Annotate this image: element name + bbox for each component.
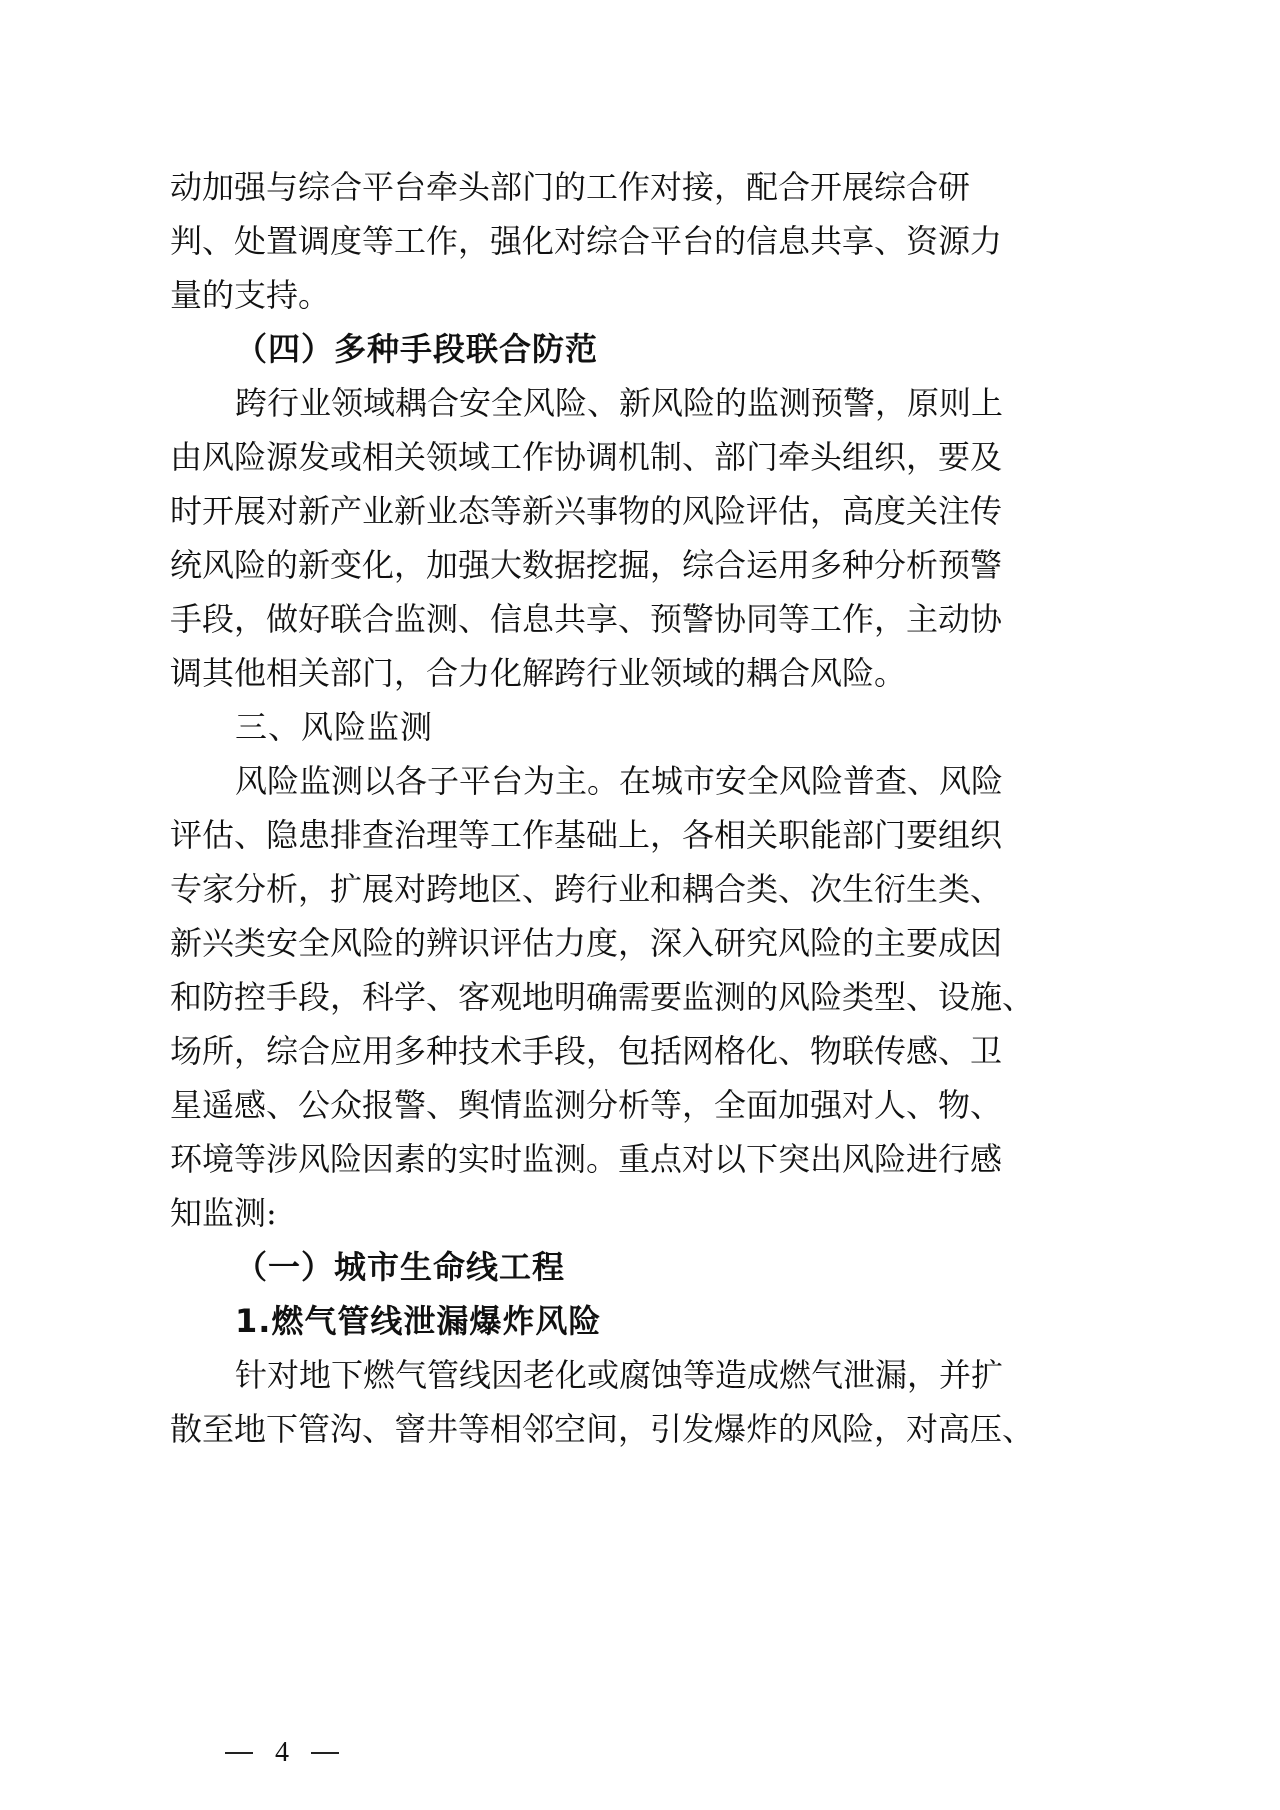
body-line: 针对地下燃气管线因老化或腐蚀等造成燃气泄漏，并扩 xyxy=(235,1348,950,1402)
body-line: 新兴类安全风险的辨识评估力度，深入研究风险的主要成因 xyxy=(170,916,950,970)
body-line: 时开展对新产业新业态等新兴事物的风险评估，高度关注传 xyxy=(170,484,950,538)
page-number: 4 xyxy=(225,1733,375,1773)
body-line: 和防控手段，科学、客观地明确需要监测的风险类型、设施、 xyxy=(170,970,950,1024)
subheading-multi-means-prevention: （四）多种手段联合防范 xyxy=(235,322,950,376)
page-number-dash-right xyxy=(311,1752,339,1754)
body-line: 由风险源发或相关领域工作协调机制、部门牵头组织，要及 xyxy=(170,430,950,484)
body-line: 判、处置调度等工作，强化对综合平台的信息共享、资源力 xyxy=(170,214,950,268)
body-line: 动加强与综合平台牵头部门的工作对接，配合开展综合研 xyxy=(170,160,950,214)
body-line: 散至地下管沟、窨井等相邻空间，引发爆炸的风险，对高压、 xyxy=(170,1402,950,1456)
body-line: 调其他相关部门，合力化解跨行业领域的耦合风险。 xyxy=(170,646,950,700)
body-line: 星遥感、公众报警、舆情监测分析等，全面加强对人、物、 xyxy=(170,1078,950,1132)
body-line: 环境等涉风险因素的实时监测。重点对以下突出风险进行感 xyxy=(170,1132,950,1186)
body-line: 跨行业领域耦合安全风险、新风险的监测预警，原则上 xyxy=(235,376,950,430)
body-line: 专家分析，扩展对跨地区、跨行业和耦合类、次生衍生类、 xyxy=(170,862,950,916)
subheading-urban-lifeline: （一）城市生命线工程 xyxy=(235,1240,950,1294)
page-number-value: 4 xyxy=(275,1733,289,1773)
document-page: 动加强与综合平台牵头部门的工作对接，配合开展综合研 判、处置调度等工作，强化对综… xyxy=(0,0,1280,1810)
page-number-dash-left xyxy=(225,1752,253,1754)
body-line: 手段，做好联合监测、信息共享、预警协同等工作，主动协 xyxy=(170,592,950,646)
body-line: 量的支持。 xyxy=(170,268,950,322)
body-line: 统风险的新变化，加强大数据挖掘，综合运用多种分析预警 xyxy=(170,538,950,592)
body-line: 评估、隐患排查治理等工作基础上，各相关职能部门要组织 xyxy=(170,808,950,862)
subheading-gas-pipeline-risk: 1.燃气管线泄漏爆炸风险 xyxy=(235,1294,950,1348)
body-line: 知监测: xyxy=(170,1186,950,1240)
body-line: 场所，综合应用多种技术手段，包括网格化、物联传感、卫 xyxy=(170,1024,950,1078)
body-line: 风险监测以各子平台为主。在城市安全风险普查、风险 xyxy=(235,754,950,808)
section-heading-risk-monitoring: 三、风险监测 xyxy=(235,700,950,754)
